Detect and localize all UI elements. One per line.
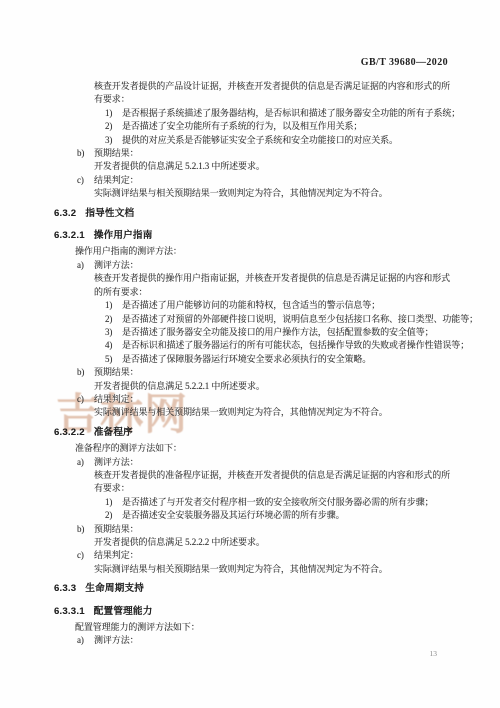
list-marker: b) bbox=[77, 523, 84, 536]
section-heading: 6.3.2.2准备程序 bbox=[54, 420, 448, 442]
line-text: 核查开发者提供的准备程序证据，并核查开发者提供的信息是否满足证据的内容和形式的所 bbox=[94, 470, 450, 480]
line-text: 操作用户指南的测评方法： bbox=[75, 246, 182, 256]
line-text: 是否描述了保障服务器运行环境安全要求必须执行的安全策略。 bbox=[122, 354, 371, 364]
line-text: 提供的对应关系是否能够证实安全子系统和安全功能接口的对应关系。 bbox=[122, 135, 398, 145]
text-line: 2)是否描述了安全功能所有子系统的行为，以及相互作用关系； bbox=[54, 120, 448, 133]
line-text: 是否描述了与开发者交付程序相一致的安全接收所交付服务器必需的所有步骤； bbox=[122, 497, 434, 507]
text-line: 5)是否描述了保障服务器运行环境安全要求必须执行的安全策略。 bbox=[54, 353, 448, 366]
line-text: 有要求： bbox=[94, 483, 130, 493]
text-line: 操作用户指南的测评方法： bbox=[54, 245, 448, 258]
text-line: 有要求： bbox=[54, 93, 448, 106]
section-title: 配置管理能力 bbox=[94, 606, 153, 617]
text-line: 开发者提供的信息满足 5.2.1.3 中所述要求。 bbox=[54, 160, 448, 173]
line-text: 实际测评结果与相关预期结果一致则判定为符合，其他情况判定为不符合。 bbox=[94, 564, 388, 574]
line-text: 实际测评结果与相关预期结果一致则判定为符合，其他情况判定为不符合。 bbox=[94, 188, 388, 198]
text-line: c)结果判定： bbox=[54, 393, 448, 406]
line-text: 结果判定： bbox=[94, 175, 139, 185]
text-line: 实际测评结果与相关预期结果一致则判定为符合，其他情况判定为不符合。 bbox=[54, 406, 448, 419]
line-text: 是否描述了对预留的外部硬件接口说明，说明信息至少包括接口名称、接口类型、功能等； bbox=[122, 314, 478, 324]
text-line: 核查开发者提供的准备程序证据，并核查开发者提供的信息是否满足证据的内容和形式的所 bbox=[54, 469, 448, 482]
line-text: 有要求： bbox=[94, 94, 130, 104]
text-line: 2)是否描述了对预留的外部硬件接口说明，说明信息至少包括接口名称、接口类型、功能… bbox=[54, 313, 448, 326]
line-text: 准备程序的测评方法如下： bbox=[75, 443, 182, 453]
line-text: 配置管理能力的测评方法如下： bbox=[75, 622, 200, 632]
list-marker: c) bbox=[77, 549, 84, 562]
text-line: 有要求： bbox=[54, 482, 448, 495]
text-line: b)预期结果： bbox=[54, 523, 448, 536]
text-line: a)测评方法： bbox=[54, 634, 448, 647]
list-marker: a) bbox=[77, 259, 84, 272]
text-line: 1)是否根据子系统描述了服务器结构，是否标识和描述了服务器安全功能的所有子系统； bbox=[54, 107, 448, 120]
section-number: 6.3.3.1 bbox=[54, 606, 85, 617]
list-marker: 5) bbox=[105, 353, 112, 366]
list-marker: 1) bbox=[105, 496, 112, 509]
running-header: GB/T 39680—2020 bbox=[361, 57, 448, 68]
line-text: 结果判定： bbox=[94, 394, 139, 404]
list-marker: 3) bbox=[105, 326, 112, 339]
section-number: 6.3.3 bbox=[54, 583, 76, 594]
section-number: 6.3.2.1 bbox=[54, 230, 85, 241]
line-text: 预期结果： bbox=[94, 148, 139, 158]
document-body: 核查开发者提供的产品设计证据，并核查开发者提供的信息是否满足证据的内容和形式的所… bbox=[54, 80, 448, 648]
section-title: 准备程序 bbox=[94, 427, 133, 438]
text-line: 核查开发者提供的产品设计证据，并核查开发者提供的信息是否满足证据的内容和形式的所 bbox=[54, 80, 448, 93]
line-text: 实际测评结果与相关预期结果一致则判定为符合，其他情况判定为不符合。 bbox=[94, 407, 388, 417]
list-marker: a) bbox=[77, 456, 84, 469]
line-text: 测评方法： bbox=[94, 635, 139, 645]
line-text: 是否标识和描述了服务器运行的所有可能状态，包括操作导致的失败或者操作性错误等； bbox=[122, 340, 469, 350]
text-line: 实际测评结果与相关预期结果一致则判定为符合，其他情况判定为不符合。 bbox=[54, 187, 448, 200]
list-marker: 1) bbox=[105, 107, 112, 120]
text-line: b)预期结果： bbox=[54, 147, 448, 160]
text-line: a)测评方法： bbox=[54, 456, 448, 469]
section-title: 生命周期支持 bbox=[85, 583, 144, 594]
list-marker: a) bbox=[77, 634, 84, 647]
line-text: 测评方法： bbox=[94, 260, 139, 270]
section-heading: 6.3.3生命周期支持 bbox=[54, 576, 448, 598]
line-text: 是否根据子系统描述了服务器结构，是否标识和描述了服务器安全功能的所有子系统； bbox=[122, 108, 460, 118]
text-line: 开发者提供的信息满足 5.2.2.1 中所述要求。 bbox=[54, 380, 448, 393]
text-line: 实际测评结果与相关预期结果一致则判定为符合，其他情况判定为不符合。 bbox=[54, 563, 448, 576]
line-text: 是否描述安全安装服务器及其运行环境必需的所有步骤。 bbox=[122, 510, 345, 520]
line-text: 开发者提供的信息满足 5.2.1.3 中所述要求。 bbox=[94, 161, 265, 171]
list-marker: b) bbox=[77, 147, 84, 160]
section-title: 指导性文档 bbox=[85, 208, 134, 219]
list-marker: 3) bbox=[105, 134, 112, 147]
text-line: c)结果判定： bbox=[54, 174, 448, 187]
list-marker: 2) bbox=[105, 313, 112, 326]
document-page: GB/T 39680—2020 吉林网 核查开发者提供的产品设计证据，并核查开发… bbox=[0, 0, 500, 708]
page-number: 13 bbox=[430, 649, 438, 658]
line-text: 结果判定： bbox=[94, 550, 139, 560]
section-heading: 6.3.3.1配置管理能力 bbox=[54, 599, 448, 621]
list-marker: 4) bbox=[105, 339, 112, 352]
list-marker: c) bbox=[77, 393, 84, 406]
section-heading: 6.3.2.1操作用户指南 bbox=[54, 223, 448, 245]
list-marker: 2) bbox=[105, 509, 112, 522]
text-line: 1)是否描述了与开发者交付程序相一致的安全接收所交付服务器必需的所有步骤； bbox=[54, 496, 448, 509]
line-text: 开发者提供的信息满足 5.2.2.2 中所述要求。 bbox=[94, 537, 265, 547]
text-line: 1)是否描述了用户能够访问的功能和特权，包含适当的警示信息等； bbox=[54, 299, 448, 312]
text-line: 核查开发者提供的操作用户指南证据，并核查开发者提供的信息是否满足证据的内容和形式 bbox=[54, 272, 448, 285]
section-number: 6.3.2 bbox=[54, 208, 76, 219]
text-line: c)结果判定： bbox=[54, 549, 448, 562]
list-marker: b) bbox=[77, 366, 84, 379]
line-text: 预期结果： bbox=[94, 367, 139, 377]
text-line: 3)提供的对应关系是否能够证实安全子系统和安全功能接口的对应关系。 bbox=[54, 134, 448, 147]
text-line: b)预期结果： bbox=[54, 366, 448, 379]
text-line: 的所有要求： bbox=[54, 286, 448, 299]
line-text: 的所有要求： bbox=[94, 287, 147, 297]
text-line: 2)是否描述安全安装服务器及其运行环境必需的所有步骤。 bbox=[54, 509, 448, 522]
line-text: 核查开发者提供的操作用户指南证据，并核查开发者提供的信息是否满足证据的内容和形式 bbox=[94, 273, 450, 283]
list-marker: c) bbox=[77, 174, 84, 187]
line-text: 是否描述了用户能够访问的功能和特权，包含适当的警示信息等； bbox=[122, 300, 380, 310]
line-text: 测评方法： bbox=[94, 457, 139, 467]
text-line: 开发者提供的信息满足 5.2.2.2 中所述要求。 bbox=[54, 536, 448, 549]
list-marker: 1) bbox=[105, 299, 112, 312]
line-text: 开发者提供的信息满足 5.2.2.1 中所述要求。 bbox=[94, 381, 265, 391]
section-number: 6.3.2.2 bbox=[54, 427, 85, 438]
line-text: 是否描述了服务器安全功能及接口的用户操作方法，包括配置参数的安全值等； bbox=[122, 327, 434, 337]
section-title: 操作用户指南 bbox=[94, 230, 153, 241]
line-text: 核查开发者提供的产品设计证据，并核查开发者提供的信息是否满足证据的内容和形式的所 bbox=[94, 81, 450, 91]
text-line: a)测评方法： bbox=[54, 259, 448, 272]
list-marker: 2) bbox=[105, 120, 112, 133]
text-line: 配置管理能力的测评方法如下： bbox=[54, 621, 448, 634]
line-text: 是否描述了安全功能所有子系统的行为，以及相互作用关系； bbox=[122, 121, 362, 131]
text-line: 4)是否标识和描述了服务器运行的所有可能状态，包括操作导致的失败或者操作性错误等… bbox=[54, 339, 448, 352]
section-heading: 6.3.2指导性文档 bbox=[54, 201, 448, 223]
line-text: 预期结果： bbox=[94, 524, 139, 534]
text-line: 准备程序的测评方法如下： bbox=[54, 442, 448, 455]
text-line: 3)是否描述了服务器安全功能及接口的用户操作方法，包括配置参数的安全值等； bbox=[54, 326, 448, 339]
